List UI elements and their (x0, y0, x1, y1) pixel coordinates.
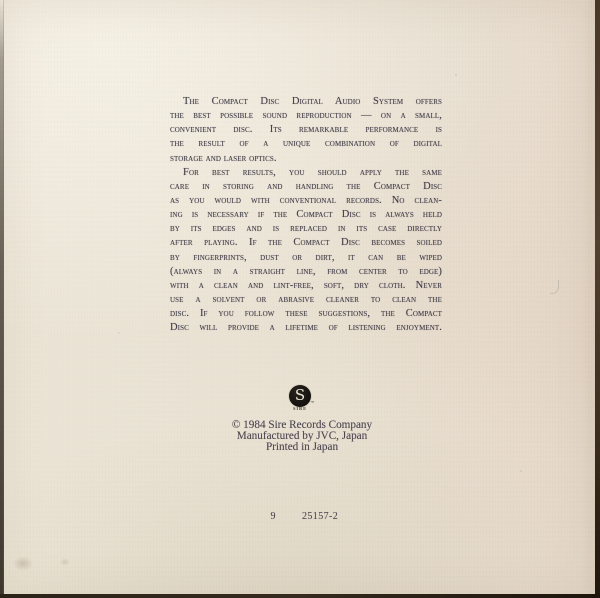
notes-line: as you would with conventional records. … (170, 194, 442, 208)
paper-smudge (13, 556, 33, 571)
sire-logo-icon: S (289, 385, 311, 407)
notes-line: storage and laser optics. (170, 152, 442, 166)
credits-block: © 1984 Sire Records Company Manufactured… (200, 420, 404, 453)
notes-line-text: disc. If you follow these suggestions, t… (170, 308, 442, 319)
notes-line: ing is necessary if the Compact Disc is … (170, 208, 442, 222)
notes-line-text: care in storing and handling the Compact… (170, 181, 442, 192)
notes-line-text: For best results, you should apply the s… (183, 167, 442, 178)
notes-line: The Compact Disc Digital Audio System of… (170, 95, 442, 109)
notes-line-text: storage and laser optics. (170, 153, 277, 164)
notes-line: Disc will provide a lifetime of listenin… (170, 321, 442, 335)
notes-line: with a clean and lint-free, soft, dry cl… (170, 279, 442, 293)
notes-line: by its edges and is replaced in its case… (170, 222, 442, 236)
notes-line-text: convenient disc. Its remarkable performa… (170, 124, 442, 135)
catalog-number: 25157-2 (302, 511, 338, 522)
liner-notes: The Compact Disc Digital Audio System of… (170, 95, 442, 335)
notes-line: by fingerprints, dust or dirt, it can be… (170, 251, 442, 265)
notes-line: care in storing and handling the Compact… (170, 180, 442, 194)
scan-edge-right (595, 0, 600, 598)
notes-line: the result of a unique combination of di… (170, 137, 442, 151)
notes-line-text: Disc will provide a lifetime of listenin… (170, 322, 442, 333)
notes-line-text: use a solvent or abrasive cleaner to cle… (170, 294, 442, 305)
notes-line: convenient disc. Its remarkable performa… (170, 123, 442, 137)
paper-smudge (60, 558, 70, 566)
scan-edge-left (0, 0, 4, 598)
notes-line-text: as you would with conventional records. … (170, 195, 442, 206)
dust-speck (455, 74, 457, 76)
printed-line: Printed in Japan (200, 442, 404, 453)
notes-line-text: with a clean and lint-free, soft, dry cl… (170, 280, 442, 291)
dust-speck (118, 332, 120, 334)
scan-edge-bottom (0, 594, 600, 598)
trademark-symbol: ™ (310, 401, 314, 405)
sire-monogram: S (295, 388, 305, 403)
notes-line: after playing. If the Compact Disc becom… (170, 236, 442, 250)
notes-line-text: the result of a unique combination of di… (170, 138, 442, 149)
dust-speck (520, 470, 522, 472)
notes-line-text: the best possible sound reproduction — o… (170, 110, 442, 121)
sire-wordmark: SIRE (290, 406, 310, 411)
notes-line-text: by its edges and is replaced in its case… (170, 223, 442, 234)
notes-line-text: The Compact Disc Digital Audio System of… (183, 96, 442, 107)
notes-line: the best possible sound reproduction — o… (170, 109, 442, 123)
notes-line-text: by fingerprints, dust or dirt, it can be… (170, 252, 442, 263)
notes-line-text: after playing. If the Compact Disc becom… (170, 237, 442, 248)
page-number: 9 (266, 511, 280, 522)
notes-line: use a solvent or abrasive cleaner to cle… (170, 293, 442, 307)
notes-line-text: (always in a straight line, from center … (170, 266, 442, 277)
notes-line: (always in a straight line, from center … (170, 265, 442, 279)
notes-line: For best results, you should apply the s… (170, 166, 442, 180)
notes-line-text: ing is necessary if the Compact Disc is … (170, 209, 442, 220)
notes-line: disc. If you follow these suggestions, t… (170, 307, 442, 321)
